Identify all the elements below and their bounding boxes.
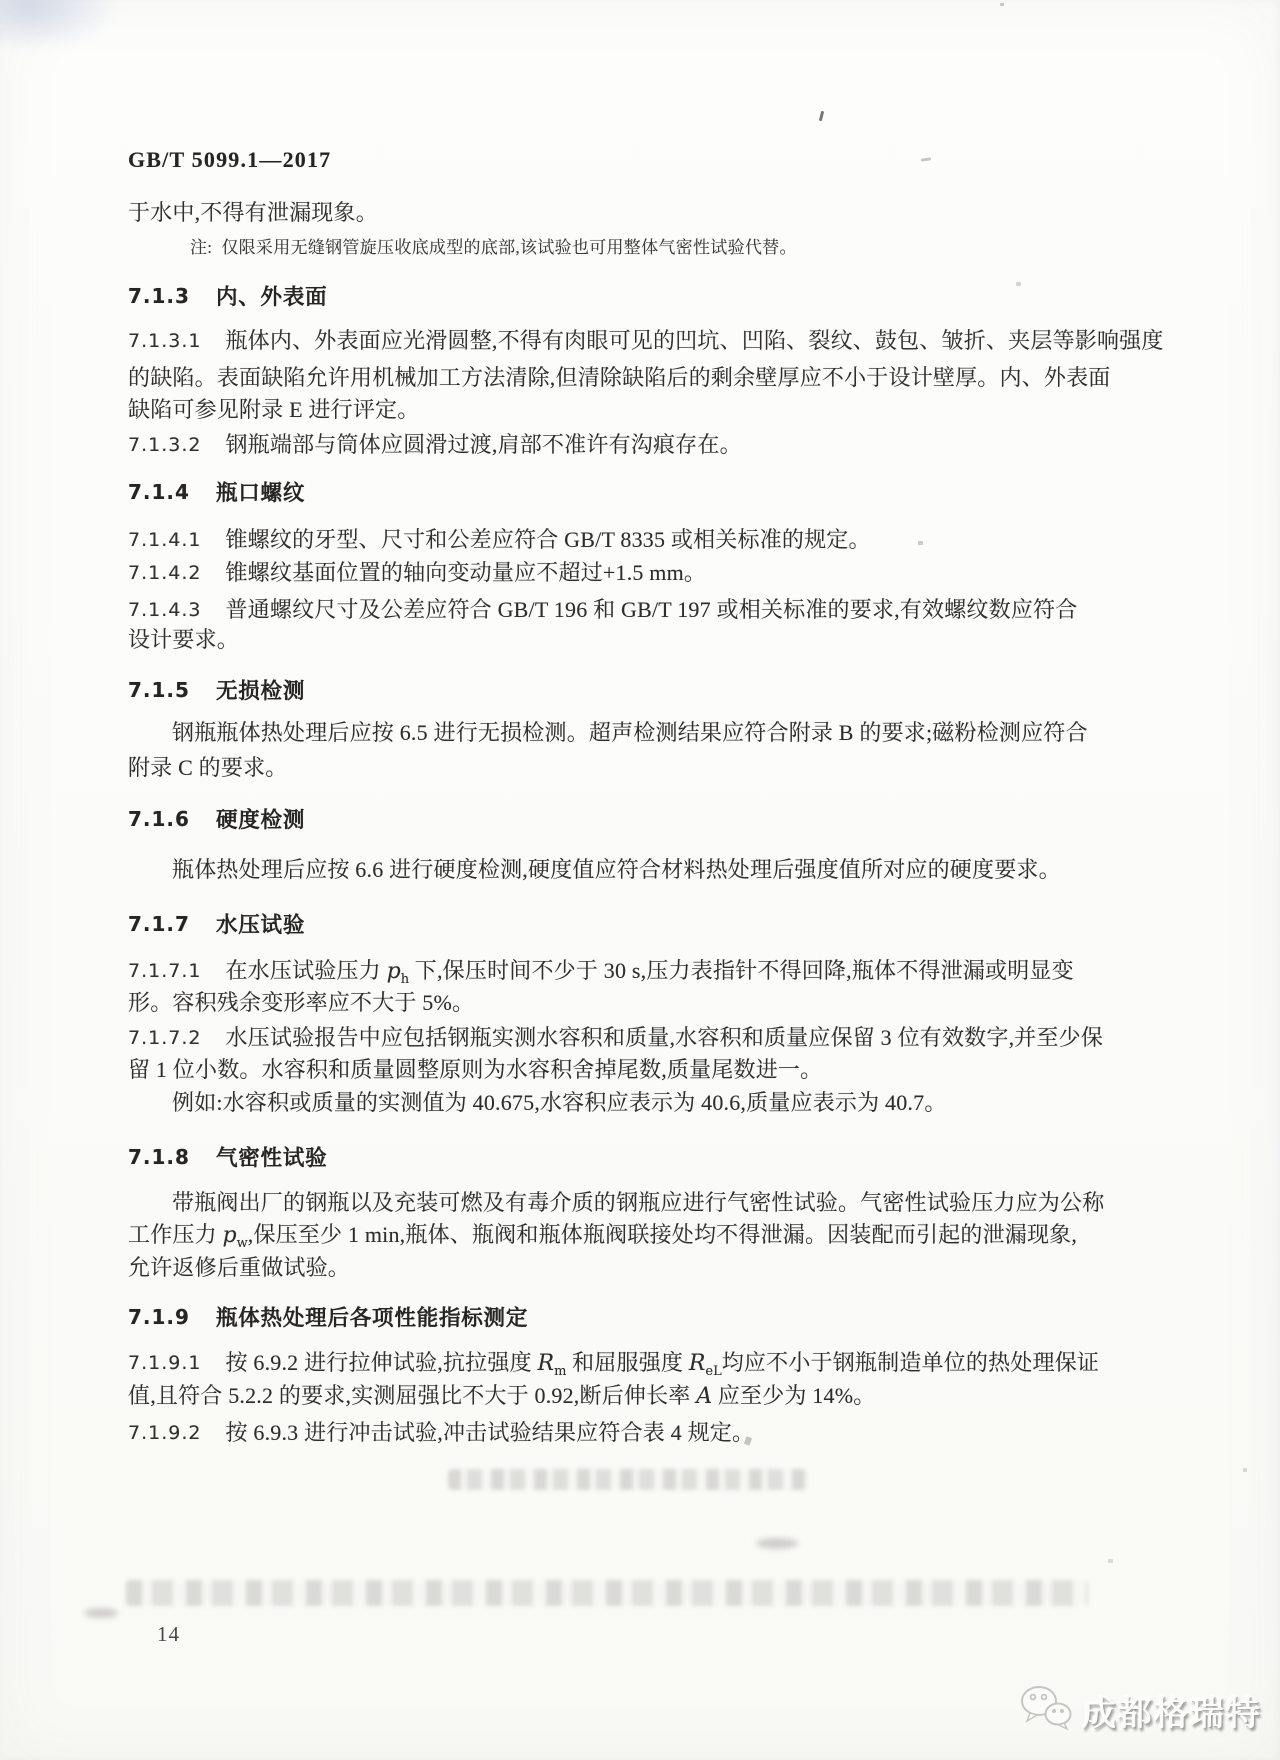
para-7-1-5-line-1: 钢瓶瓶体热处理后应按 6.5 进行无损检测。超声检测结果应符合附录 B 的要求;…	[172, 720, 1088, 745]
heading-number: 7.1.4	[128, 480, 190, 504]
clause-7-1-4-3-line-1: 7.1.4.3普通螺纹尺寸及公差应符合 GB/T 196 和 GB/T 197 …	[128, 597, 1077, 623]
clause-7-1-7-1-line-2: 形。容积残余变形率应不大于 5%。	[128, 990, 474, 1015]
heading-7-1-9: 7.1.9瓶体热处理后各项性能指标测定	[128, 1305, 528, 1332]
clause-text: 均应不小于钢瓶制造单位的热处理保证	[722, 1350, 1099, 1375]
page-number: 14	[157, 1622, 180, 1647]
clause-text: 瓶体内、外表面应光滑圆整,不得有肉眼可见的凹坑、凹陷、裂纹、鼓包、皱折、夹层等影…	[225, 328, 1163, 353]
heading-title: 瓶体热处理后各项性能指标测定	[216, 1306, 528, 1331]
clause-number: 7.1.4.3	[128, 599, 201, 621]
clause-text: 按 6.9.3 进行冲击试验,冲击试验结果应符合表 4 规定。	[225, 1420, 754, 1445]
pressure-subscript: h	[401, 972, 409, 987]
scan-smudge	[756, 1538, 798, 1549]
clause-number: 7.1.4.1	[128, 529, 201, 551]
heading-title: 瓶口螺纹	[216, 481, 305, 506]
clause-number: 7.1.7.1	[128, 960, 201, 982]
clause-7-1-9-1-line-2: 值,且符合 5.2.2 的要求,实测屈强比不大于 0.92,断后伸长率 A 应至…	[128, 1383, 875, 1409]
heading-number: 7.1.9	[128, 1305, 190, 1329]
clause-7-1-4-3-line-2: 设计要求。	[128, 627, 239, 652]
clause-number: 7.1.3.1	[128, 330, 201, 352]
heading-number: 7.1.5	[128, 678, 190, 702]
scan-speck	[1016, 282, 1021, 286]
bleed-through-ghost-text	[126, 1580, 1088, 1606]
scan-speck	[921, 157, 931, 161]
yield-strength-subscript: eL	[705, 1364, 721, 1379]
elongation-symbol: A	[696, 1384, 712, 1409]
clause-7-1-3-1-line-3: 缺陷可参见附录 E 进行评定。	[128, 397, 419, 422]
para-7-1-8-line-1: 带瓶阀出厂的钢瓶以及充装可燃及有毒介质的钢瓶应进行气密性试验。气密性试验压力应为…	[172, 1190, 1104, 1215]
clause-number: 7.1.4.2	[128, 562, 201, 584]
heading-7-1-8: 7.1.8气密性试验	[128, 1145, 327, 1172]
heading-title: 无损检测	[216, 679, 305, 704]
watermark: 成都格瑞特	[1018, 1684, 1262, 1737]
scanned-standard-page: GB/T 5099.1—2017 于水中,不得有泄漏现象。 注:仅限采用无缝钢管…	[0, 0, 1280, 1760]
pressure-symbol: p	[223, 1223, 237, 1248]
clause-7-1-7-2-line-1: 7.1.7.2水压试验报告中应包括钢瓶实测水容积和质量,水容积和质量应保留 3 …	[128, 1025, 1103, 1051]
heading-number: 7.1.6	[128, 807, 190, 831]
scan-speck	[1108, 1559, 1113, 1563]
clause-7-1-7-1-line-1: 7.1.7.1在水压试验压力 ph 下,保压时间不少于 30 s,压力表指针不得…	[128, 958, 1074, 988]
para-7-1-8-line-3: 允许返修后重做试验。	[128, 1255, 350, 1280]
note-text: 仅限采用无缝钢管旋压收底成型的底部,该试验也可用整体气密性试验代替。	[221, 238, 796, 257]
clause-7-1-4-1-line-1: 7.1.4.1锥螺纹的牙型、尺寸和公差应符合 GB/T 8335 或相关标准的规…	[128, 527, 871, 553]
heading-7-1-3: 7.1.3内、外表面	[128, 284, 327, 311]
clause-text: 普通螺纹尺寸及公差应符合 GB/T 196 和 GB/T 197 或相关标准的要…	[225, 597, 1077, 622]
scan-corner-tint	[0, 0, 120, 52]
note-line: 注:仅限采用无缝钢管旋压收底成型的底部,该试验也可用整体气密性试验代替。	[190, 238, 797, 258]
clause-text: 水压试验报告中应包括钢瓶实测水容积和质量,水容积和质量应保留 3 位有效数字,并…	[225, 1025, 1103, 1050]
note-label: 注:	[190, 238, 212, 257]
clause-text: 钢瓶端部与筒体应圆滑过渡,肩部不准许有沟痕存在。	[225, 432, 741, 457]
clause-number: 7.1.7.2	[128, 1027, 201, 1049]
scan-speck	[918, 541, 923, 545]
clause-text: 按 6.9.2 进行拉伸试验,抗拉强度	[225, 1350, 537, 1375]
clause-7-1-3-2-line-1: 7.1.3.2钢瓶端部与筒体应圆滑过渡,肩部不准许有沟痕存在。	[128, 432, 742, 458]
clause-number: 7.1.9.1	[128, 1352, 201, 1374]
clause-text: 锥螺纹的牙型、尺寸和公差应符合 GB/T 8335 或相关标准的规定。	[225, 527, 870, 552]
para-text: 工作压力	[128, 1222, 223, 1247]
scan-speck	[1000, 3, 1004, 6]
yield-strength-symbol: R	[689, 1351, 706, 1376]
tensile-strength-subscript: m	[554, 1364, 566, 1379]
watermark-text: 成都格瑞特	[1082, 1686, 1262, 1735]
scan-speck	[819, 111, 824, 121]
clause-text: 应至少为 14%。	[712, 1383, 875, 1408]
clause-text: 和屈服强度	[566, 1350, 688, 1375]
standard-number-header: GB/T 5099.1—2017	[128, 147, 331, 172]
heading-number: 7.1.8	[128, 1145, 190, 1169]
example-line: 例如:水容积或质量的实测值为 40.675,水容积应表示为 40.6,质量应表示…	[172, 1090, 947, 1115]
heading-7-1-7: 7.1.7水压试验	[128, 912, 305, 939]
scan-speck	[1243, 1468, 1247, 1472]
clause-7-1-9-1-line-1: 7.1.9.1按 6.9.2 进行拉伸试验,抗拉强度 Rm 和屈服强度 ReL均…	[128, 1350, 1099, 1380]
scan-smudge	[84, 1608, 118, 1618]
heading-number: 7.1.7	[128, 912, 190, 936]
pressure-subscript: w	[237, 1236, 248, 1251]
clause-text: 下,保压时间不少于 30 s,压力表指针不得回降,瓶体不得泄漏或明显变	[409, 958, 1074, 983]
heading-number: 7.1.3	[128, 284, 190, 308]
clause-7-1-7-2-line-2: 留 1 位小数。水容积和质量圆整原则为水容积舍掉尾数,质量尾数进一。	[128, 1057, 822, 1082]
heading-title: 硬度检测	[216, 808, 305, 833]
para-7-1-6-line-1: 瓶体热处理后应按 6.6 进行硬度检测,硬度值应符合材料热处理后强度值所对应的硬…	[172, 857, 1061, 882]
tensile-strength-symbol: R	[538, 1351, 555, 1376]
para-7-1-8-line-2: 工作压力 pw,保压至少 1 min,瓶体、瓶阀和瓶体瓶阀联接处均不得泄漏。因装…	[128, 1222, 1077, 1252]
clause-7-1-9-2-line-1: 7.1.9.2按 6.9.3 进行冲击试验,冲击试验结果应符合表 4 规定。	[128, 1420, 754, 1446]
clause-text: 值,且符合 5.2.2 的要求,实测屈强比不大于 0.92,断后伸长率	[128, 1383, 696, 1408]
heading-title: 气密性试验	[216, 1146, 328, 1171]
heading-title: 内、外表面	[216, 285, 328, 310]
heading-7-1-4: 7.1.4瓶口螺纹	[128, 480, 305, 507]
wechat-bubbles-icon	[1018, 1684, 1074, 1737]
clause-7-1-3-1-line-2: 的缺陷。表面缺陷允许用机械加工方法清除,但清除缺陷后的剩余壁厚应不小于设计壁厚。…	[128, 365, 1111, 390]
clause-number: 7.1.3.2	[128, 434, 201, 456]
heading-7-1-5: 7.1.5无损检测	[128, 678, 305, 705]
intro-continuation-line: 于水中,不得有泄漏现象。	[128, 200, 378, 225]
pressure-symbol: p	[387, 959, 401, 984]
clause-7-1-4-2-line-1: 7.1.4.2锥螺纹基面位置的轴向变动量应不超过+1.5 mm。	[128, 560, 706, 586]
clause-text: 锥螺纹基面位置的轴向变动量应不超过+1.5 mm。	[225, 560, 706, 585]
para-7-1-5-line-2: 附录 C 的要求。	[128, 755, 287, 780]
heading-7-1-6: 7.1.6硬度检测	[128, 807, 305, 834]
bleed-through-ghost-text	[448, 1469, 806, 1490]
para-text: ,保压至少 1 min,瓶体、瓶阀和瓶体瓶阀联接处均不得泄漏。因装配而引起的泄漏…	[248, 1222, 1077, 1247]
clause-7-1-3-1-line-1: 7.1.3.1瓶体内、外表面应光滑圆整,不得有肉眼可见的凹坑、凹陷、裂纹、鼓包、…	[128, 328, 1164, 354]
clause-text: 在水压试验压力	[225, 958, 386, 983]
heading-title: 水压试验	[216, 913, 305, 938]
clause-number: 7.1.9.2	[128, 1422, 201, 1444]
